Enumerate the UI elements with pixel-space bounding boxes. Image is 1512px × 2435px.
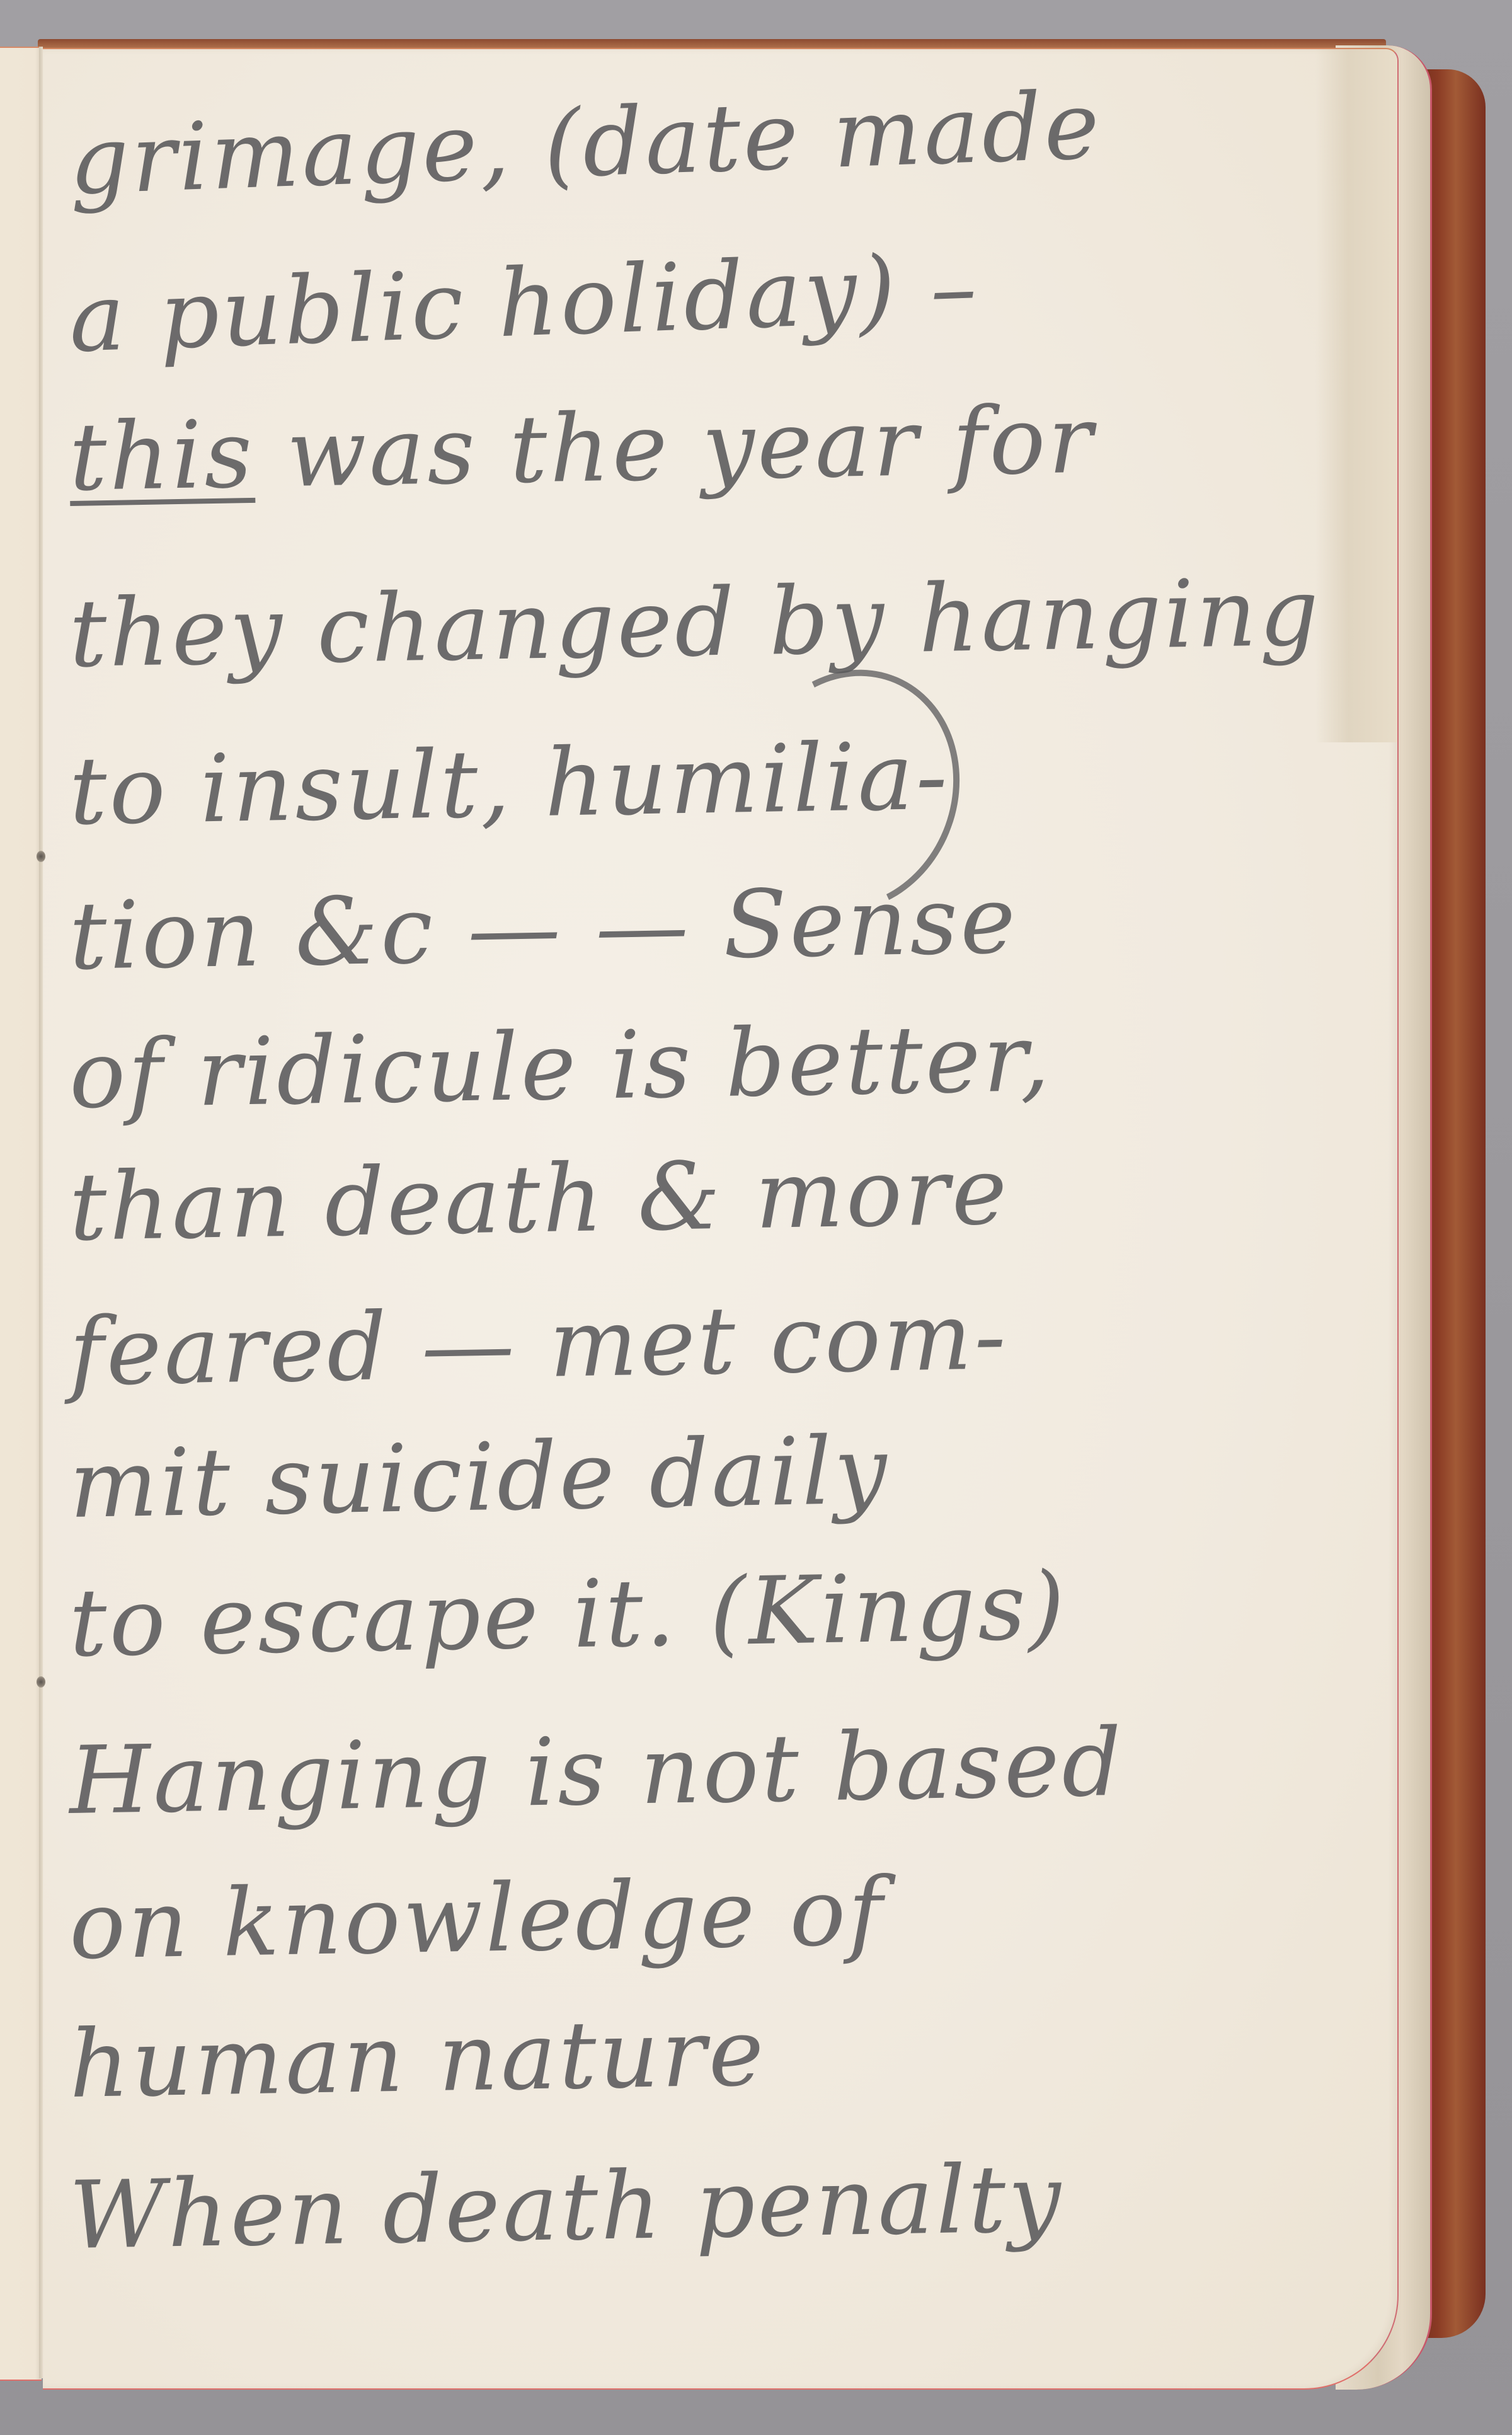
text-line-3: this was the year for [68, 386, 1096, 512]
torn-page-edge [1315, 49, 1397, 742]
text-line-12: Hanging is not based [68, 1708, 1125, 1835]
text-line-8: than death & more [68, 1137, 1010, 1262]
text-line-15: When death penalty [68, 2144, 1064, 2270]
text-line-13: on knowledge of [68, 1857, 886, 1980]
text-line-3-rest: was the year for [254, 386, 1096, 509]
text-line-11: to escape it. (Kings) [68, 1551, 1068, 1678]
binding-stitch [37, 1676, 45, 1688]
left-page-sliver [0, 47, 42, 2381]
text-line-9: feared — met com- [68, 1282, 1009, 1407]
text-line-4: they changed by hanging [68, 558, 1322, 688]
binding-stitch [37, 851, 45, 862]
text-line-10: mit suicide daily [68, 1416, 890, 1539]
underlined-word: this [68, 400, 255, 512]
text-line-14: human nature [68, 1998, 767, 2119]
text-line-7: of ridicule is better, [68, 1004, 1053, 1129]
